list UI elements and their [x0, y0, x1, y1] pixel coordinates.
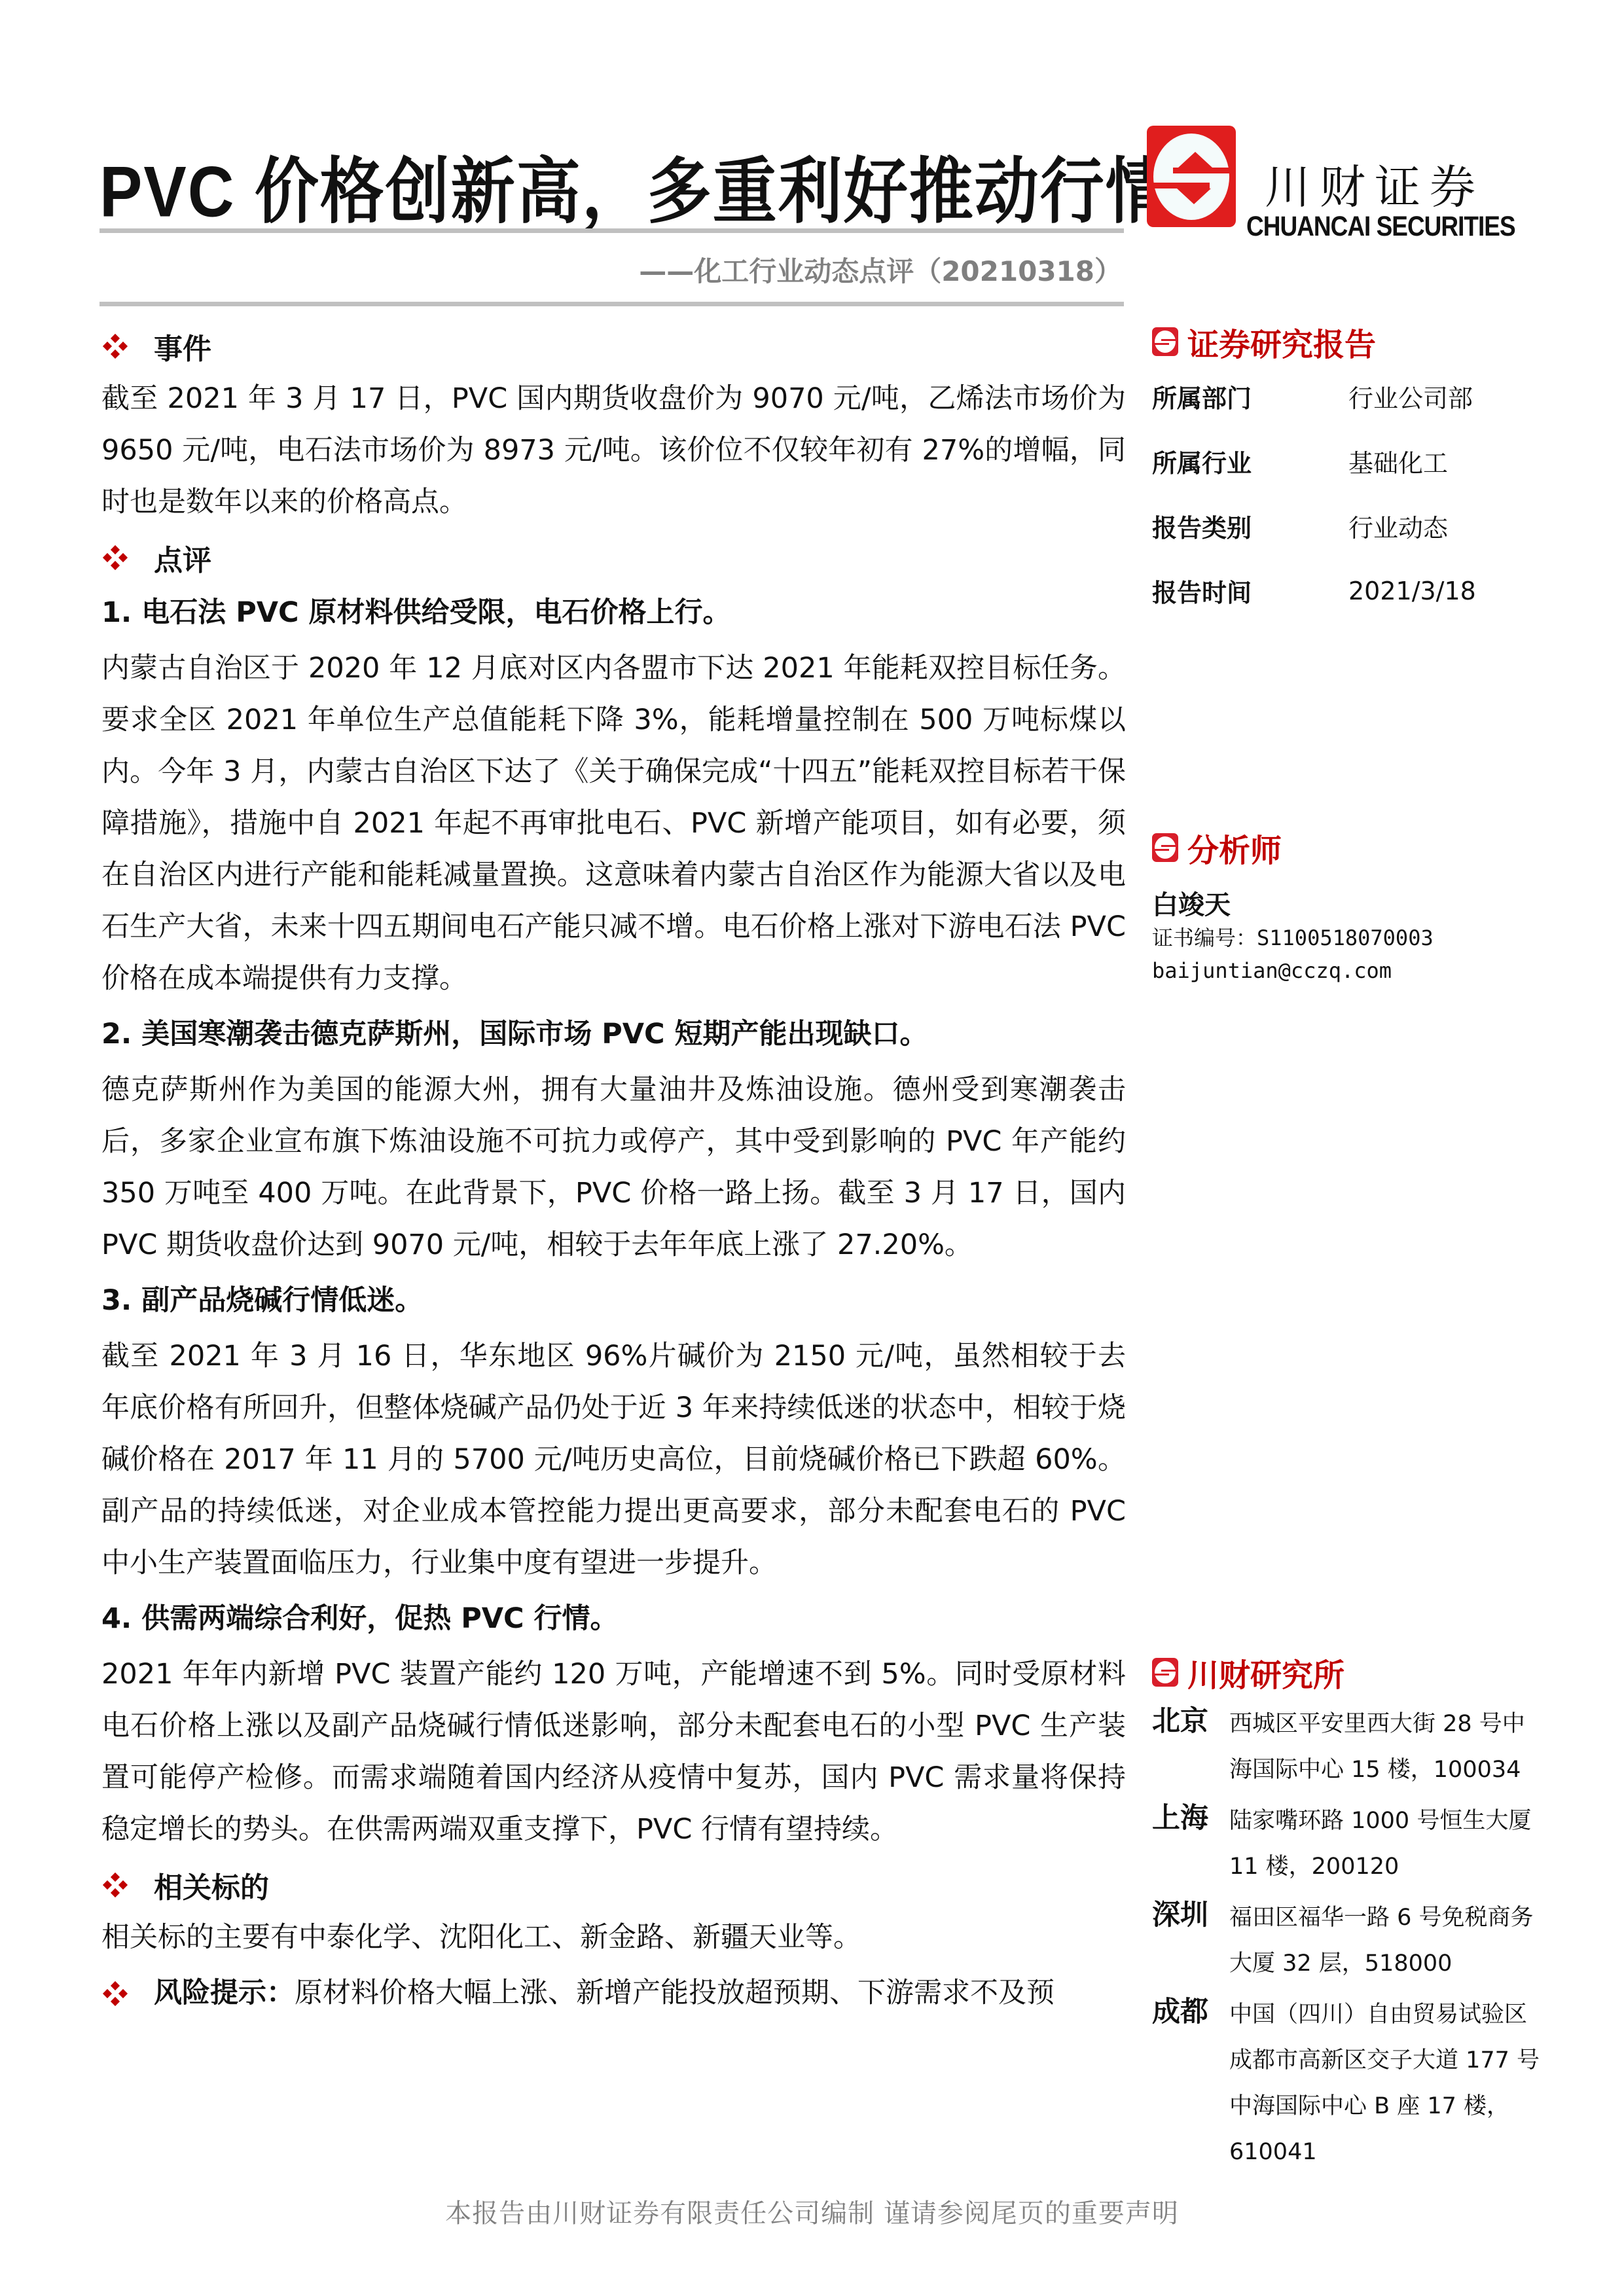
- review-point-title: 1. 电石法 PVC 原材料供给受限，电石价格上行。: [101, 587, 1126, 639]
- sidebar-heading: 证券研究报告: [1152, 322, 1551, 361]
- meta-label: 所属部门: [1152, 378, 1348, 414]
- title-divider: [99, 228, 1124, 233]
- risk-label: 风险提示：: [154, 1967, 295, 2019]
- review-point-text: 内蒙古自治区于 2020 年 12 月底对区内各盟市下达 2021 年能耗双控目…: [101, 643, 1126, 1005]
- section-title: 相关标的: [154, 1864, 269, 1906]
- analyst-name: 白竣天: [1152, 884, 1551, 922]
- office-address-text: 中国（四川）自由贸易试验区成都市高新区交子大道 177 号中海国际中心 B 座 …: [1229, 1992, 1543, 2175]
- review-point-text: 德克萨斯州作为美国的能源大州，拥有大量油井及炼油设施。德州受到寒潮袭击后，多家企…: [101, 1064, 1126, 1271]
- logo-name-en: CHUANCAI SECURITIES: [1246, 211, 1515, 242]
- analyst-cert-number: 证书编号：S1100518070003: [1152, 922, 1551, 954]
- meta-label: 报告时间: [1152, 573, 1348, 609]
- office-city: 北京: [1152, 1701, 1229, 1793]
- office-address: 上海 陆家嘴环路 1000 号恒生大厦 11 楼，200120: [1152, 1798, 1551, 1890]
- risk-warning: 风险提示： 原材料价格大幅上涨、新增产能投放超预期、下游需求不及预: [101, 1967, 1126, 2019]
- logo-name-cn: 川财证券: [1265, 151, 1485, 217]
- office-address-text: 陆家嘴环路 1000 号恒生大厦 11 楼，200120: [1229, 1798, 1543, 1890]
- company-logo: 川财证券 CHUANCAI SECURITIES: [1147, 126, 1405, 240]
- review-point-title: 3. 副产品烧碱行情低迷。: [101, 1275, 1126, 1327]
- diamond-bullet-icon: [103, 545, 128, 570]
- diamond-bullet-icon: [103, 1873, 128, 1897]
- section-related-heading: 相关标的: [101, 1859, 1126, 1910]
- diamond-bullet-icon: [103, 334, 128, 359]
- risk-text: 原材料价格大幅上涨、新增产能投放超预期、下游需求不及预: [295, 1967, 1055, 2019]
- meta-row-industry: 所属行业 基础化工: [1152, 429, 1551, 493]
- chuancai-logo-icon: [1147, 126, 1236, 227]
- main-content: 事件 截至 2021 年 3 月 17 日，PVC 国内期货收盘价为 9070 …: [101, 321, 1126, 2019]
- page-footer-disclaimer: 本报告由川财证券有限责任公司编制 谨请参阅尾页的重要声明: [0, 2193, 1624, 2230]
- meta-row-report-type: 报告类别 行业动态: [1152, 493, 1551, 558]
- meta-row-report-date: 报告时间 2021/3/18: [1152, 558, 1551, 623]
- review-point-text: 截至 2021 年 3 月 16 日，华东地区 96%片碱价为 2150 元/吨…: [101, 1331, 1126, 1589]
- office-address-text: 福田区福华一路 6 号免税商务大厦 32 层，518000: [1229, 1895, 1543, 1986]
- review-point-title: 4. 供需两端综合利好，促热 PVC 行情。: [101, 1593, 1126, 1645]
- office-address: 深圳 福田区福华一路 6 号免税商务大厦 32 层，518000: [1152, 1895, 1551, 1986]
- section-title: 事件: [154, 325, 211, 367]
- sidebar-institute: 川财研究所 北京 西城区平安里西大街 28 号中海国际中心 15 楼，10003…: [1152, 1653, 1551, 2175]
- sidebar-heading: 川财研究所: [1152, 1653, 1551, 1692]
- section-event-heading: 事件: [101, 321, 1126, 372]
- section-title: 点评: [154, 537, 211, 579]
- analyst-email-link[interactable]: baijuntian@cczq.com: [1152, 954, 1551, 987]
- diamond-bullet-icon: [103, 1981, 128, 2006]
- event-paragraph: 截至 2021 年 3 月 17 日，PVC 国内期货收盘价为 9070 元/吨…: [101, 373, 1126, 528]
- office-address: 成都 中国（四川）自由贸易试验区成都市高新区交子大道 177 号中海国际中心 B…: [1152, 1992, 1551, 2175]
- review-point-title: 2. 美国寒潮袭击德克萨斯州，国际市场 PVC 短期产能出现缺口。: [101, 1009, 1126, 1060]
- report-subtitle: ——化工行业动态点评（20210318）: [639, 250, 1122, 289]
- related-paragraph: 相关标的主要有中泰化学、沈阳化工、新金路、新疆天业等。: [101, 1912, 1126, 1964]
- sidebar-report-info: 证券研究报告 所属部门 行业公司部 所属行业 基础化工 报告类别 行业动态 报告…: [1152, 322, 1551, 623]
- meta-value: 行业公司部: [1348, 378, 1473, 414]
- sidebar-analyst: 分析师 白竣天 证书编号：S1100518070003 baijuntian@c…: [1152, 828, 1551, 987]
- office-city: 成都: [1152, 1992, 1229, 2175]
- section-review-heading: 点评: [101, 532, 1126, 583]
- office-city: 深圳: [1152, 1895, 1229, 1986]
- chuancai-logo-icon: [1152, 833, 1178, 862]
- meta-value: 行业动态: [1348, 508, 1448, 544]
- meta-label: 报告类别: [1152, 508, 1348, 544]
- meta-label: 所属行业: [1152, 443, 1348, 479]
- office-address-text: 西城区平安里西大街 28 号中海国际中心 15 楼，100034: [1229, 1701, 1543, 1793]
- meta-row-department: 所属部门 行业公司部: [1152, 364, 1551, 429]
- office-city: 上海: [1152, 1798, 1229, 1890]
- meta-value: 基础化工: [1348, 443, 1448, 479]
- subtitle-divider: [99, 302, 1124, 306]
- review-point-text: 2021 年年内新增 PVC 装置产能约 120 万吨，产能增速不到 5%。同时…: [101, 1649, 1126, 1856]
- sidebar-heading: 分析师: [1152, 828, 1551, 867]
- meta-value: 2021/3/18: [1348, 577, 1476, 605]
- office-address: 北京 西城区平安里西大街 28 号中海国际中心 15 楼，100034: [1152, 1701, 1551, 1793]
- chuancai-logo-icon: [1152, 327, 1178, 356]
- chuancai-logo-icon: [1152, 1658, 1178, 1687]
- report-title: PVC 价格创新高，多重利好推动行情: [99, 134, 1171, 238]
